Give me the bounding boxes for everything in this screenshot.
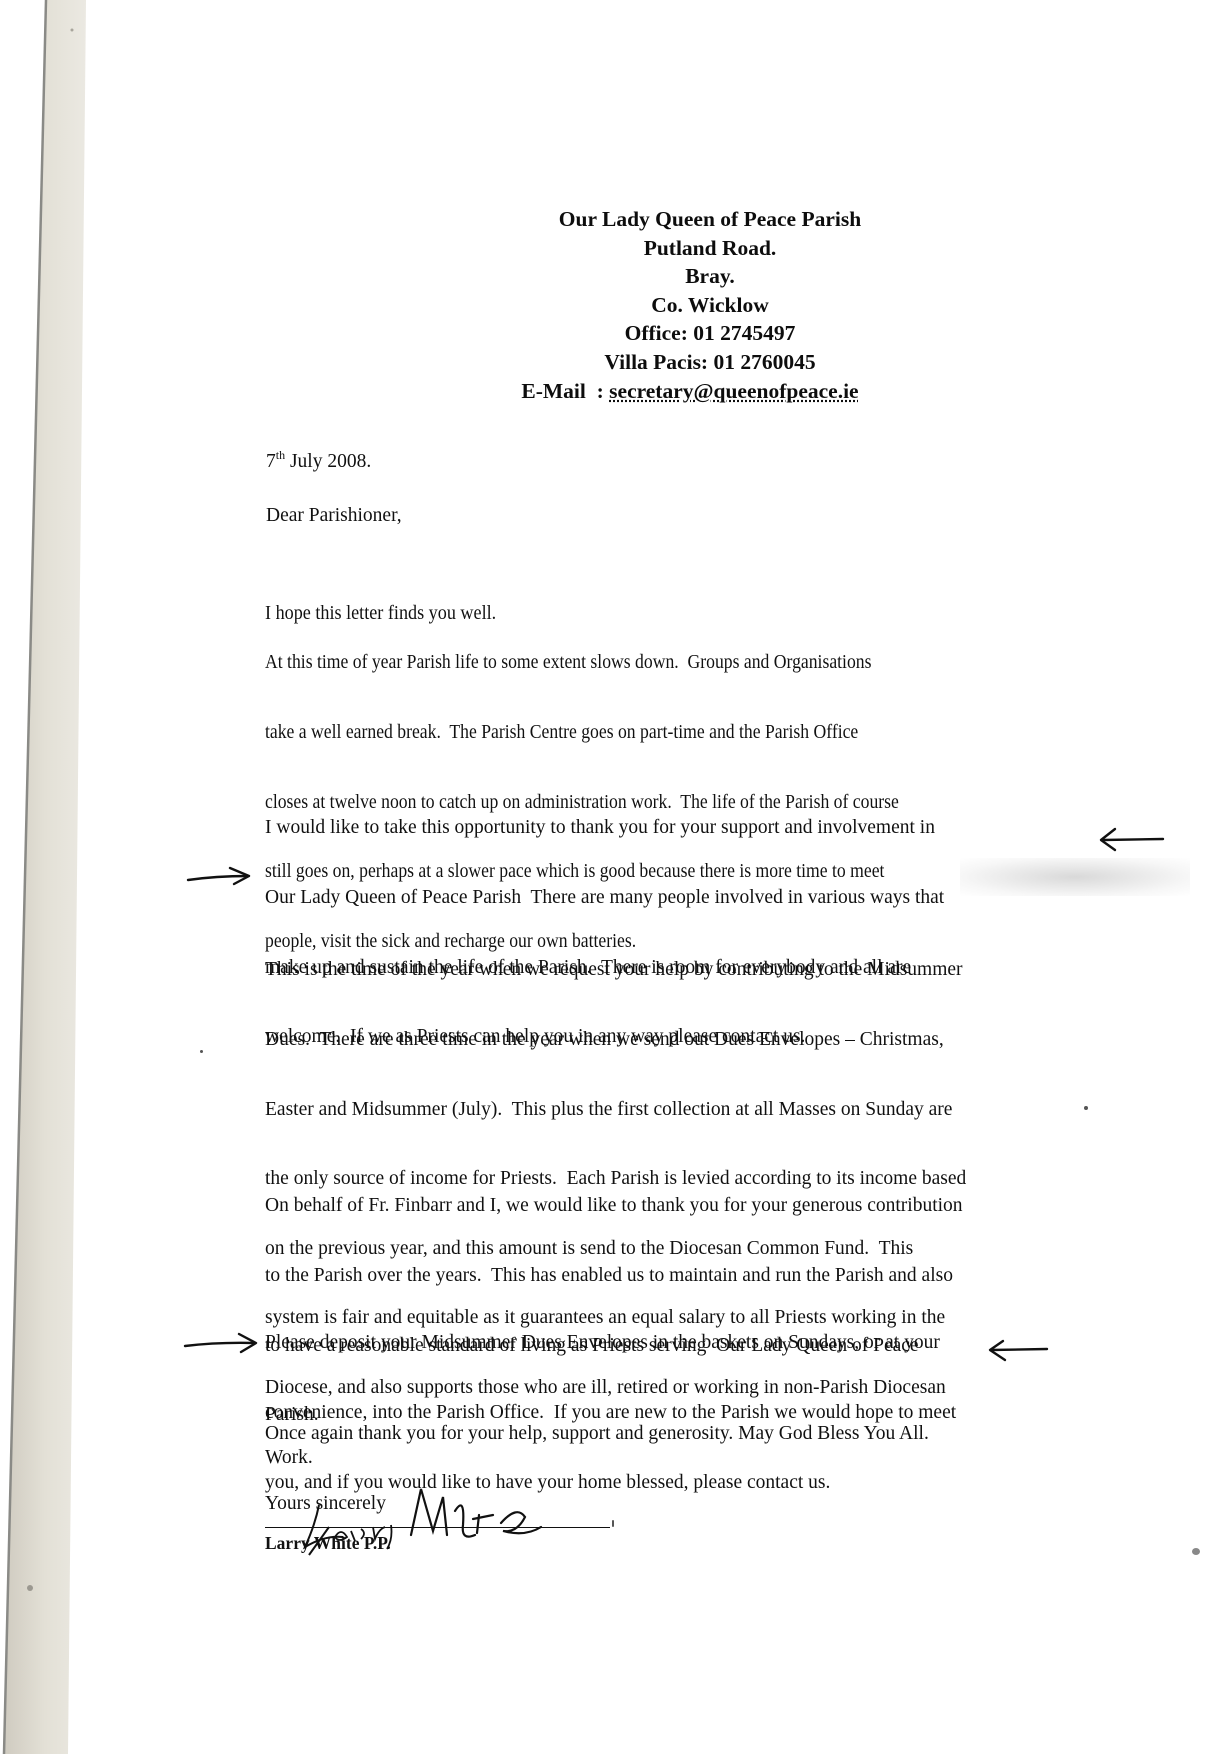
paragraph-line: I would like to take this opportunity to… — [265, 816, 944, 839]
letter-page: Our Lady Queen of Peace Parish Putland R… — [0, 0, 1228, 1754]
address-street: Putland Road. — [440, 234, 980, 263]
email-label: E-Mail : — [521, 379, 609, 403]
signature-block: Larry White Larry White P.P. — [265, 1475, 615, 1565]
paragraph-line: On behalf of Fr. Finbarr and I, we would… — [265, 1194, 963, 1217]
letter-date: 7th July 2008. — [266, 451, 371, 473]
scan-speck — [1084, 1106, 1088, 1110]
right-arrow-icon — [186, 862, 256, 890]
signatory-name: Larry White P.P. — [265, 1533, 391, 1554]
date-suffix: th — [276, 448, 285, 462]
letterhead: Our Lady Queen of Peace Parish Putland R… — [440, 205, 980, 405]
date-rest: July 2008. — [285, 451, 371, 472]
paragraph-line: to the Parish over the years. This has e… — [265, 1264, 963, 1287]
parish-name: Our Lady Queen of Peace Parish — [440, 205, 980, 234]
email-line: E-Mail : secretary@queenofpeace.ie — [400, 377, 980, 406]
address-town: Bray. — [440, 262, 980, 291]
right-arrow-icon — [183, 1330, 263, 1360]
paragraph-line: This is the time of the year when we req… — [265, 958, 966, 981]
paragraph-line: take a well earned break. The Parish Cen… — [265, 721, 899, 744]
scan-speck — [200, 1050, 203, 1053]
paragraph-line: Once again thank you for your help, supp… — [265, 1422, 929, 1445]
salutation: Dear Parishioner, — [266, 505, 402, 527]
villa-pacis-phone: Villa Pacis: 01 2760045 — [440, 348, 980, 377]
left-arrow-icon — [985, 1338, 1050, 1364]
paragraph-line: Dues. There are three time in the year w… — [265, 1028, 966, 1051]
paragraph-line: Our Lady Queen of Peace Parish There are… — [265, 886, 944, 909]
scan-smudge — [960, 858, 1190, 896]
paragraph-line: Please deposit your Midsummer Dues Envel… — [265, 1331, 956, 1354]
left-arrow-icon — [1095, 826, 1165, 854]
date-day: 7 — [266, 451, 276, 472]
address-county: Co. Wicklow — [440, 291, 980, 320]
signature-line — [265, 1527, 610, 1528]
office-phone: Office: 01 2745497 — [440, 319, 980, 348]
paragraph-line: At this time of year Parish life to some… — [265, 651, 899, 674]
paragraph-line: Easter and Midsummer (July). This plus t… — [265, 1098, 966, 1121]
scan-speck — [612, 1520, 614, 1527]
scan-speck — [1192, 1548, 1200, 1555]
email-link[interactable]: secretary@queenofpeace.ie — [609, 379, 858, 403]
